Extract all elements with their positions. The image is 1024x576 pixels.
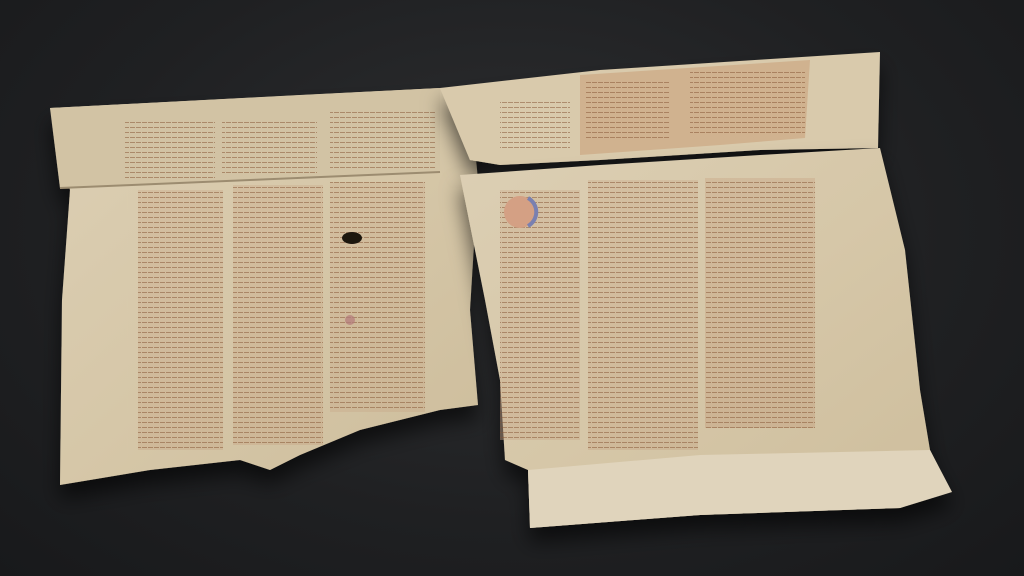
left-fragment — [50, 88, 478, 485]
right-top-fragment — [440, 52, 880, 165]
manuscript-photo — [0, 0, 1024, 576]
right-fragment — [460, 148, 952, 528]
